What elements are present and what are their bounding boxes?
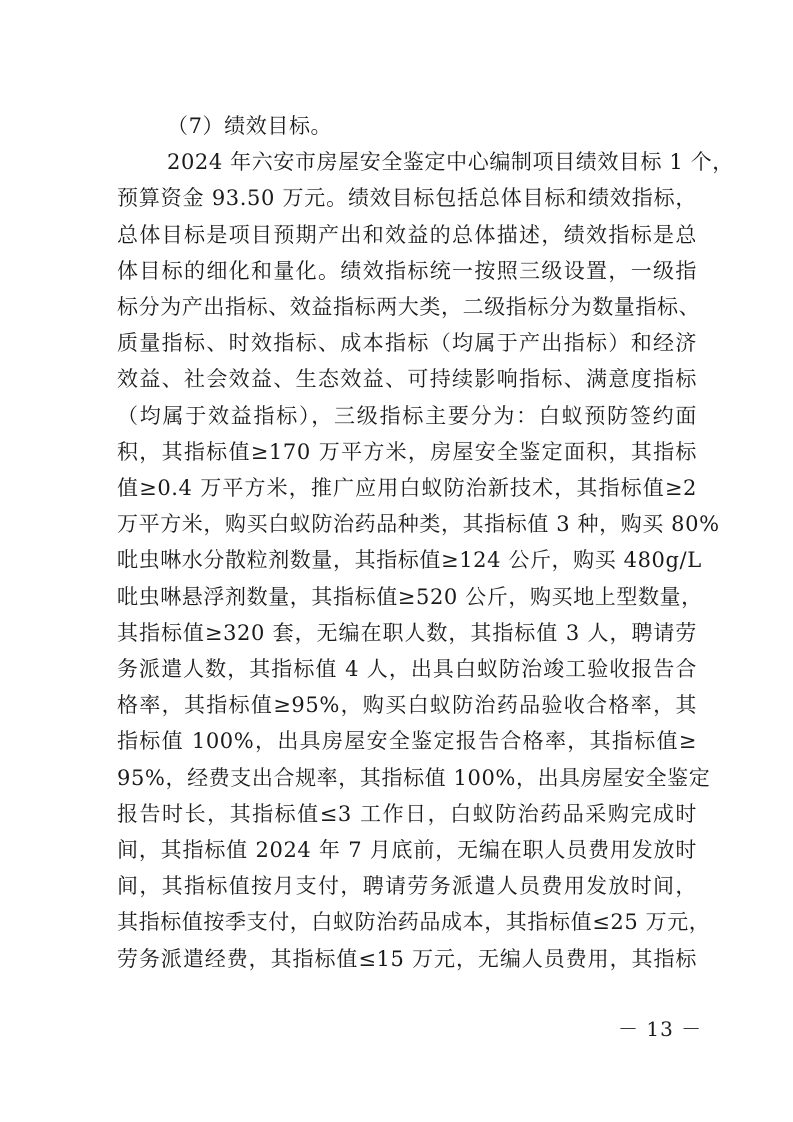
body-line: 报告时长，其指标值≤3 工作日，白蚁防治药品采购完成时	[117, 796, 697, 832]
page-number: － 13 －	[618, 1013, 702, 1042]
body-line: 95%，经费支出合规率，其指标值 100%，出具房屋安全鉴定	[117, 760, 697, 796]
body-line: 积，其指标值≥170 万平方米，房屋安全鉴定面积，其指标	[117, 434, 697, 470]
body-line: 指标值 100%，出具房屋安全鉴定报告合格率，其指标值≥	[117, 723, 697, 759]
body-line: 总体目标是项目预期产出和效益的总体描述，绩效指标是总	[117, 217, 697, 253]
body-line: 吡虫啉悬浮剂数量，其指标值≥520 公斤，购买地上型数量，	[117, 579, 697, 615]
body-line: 吡虫啉水分散粒剂数量，其指标值≥124 公斤，购买 480g/L	[117, 542, 697, 578]
body-line: 2024 年六安市房屋安全鉴定中心编制项目绩效目标 1 个，	[117, 144, 697, 180]
body-line: 其指标值≥320 套，无编在职人数，其指标值 3 人，聘请劳	[117, 615, 697, 651]
body-line: 万平方米，购买白蚁防治药品种类，其指标值 3 种，购买 80%	[117, 506, 697, 542]
document-page: （7）绩效目标。 2024 年六安市房屋安全鉴定中心编制项目绩效目标 1 个， …	[0, 0, 793, 1122]
body-line: 其指标值按季支付，白蚁防治药品成本，其指标值≤25 万元，	[117, 904, 697, 940]
body-line: 标分为产出指标、效益指标两大类，二级指标分为数量指标、	[117, 289, 697, 325]
section-heading: （7）绩效目标。	[117, 108, 697, 144]
body-line: 劳务派遣经费，其指标值≤15 万元，无编人员费用，其指标	[117, 941, 697, 977]
body-line: 质量指标、时效指标、成本指标（均属于产出指标）和经济	[117, 325, 697, 361]
body-line: （均属于效益指标），三级指标主要分为：白蚁预防签约面	[117, 398, 697, 434]
body-line: 效益、社会效益、生态效益、可持续影响指标、满意度指标	[117, 361, 697, 397]
body-line: 预算资金 93.50 万元。绩效目标包括总体目标和绩效指标，	[117, 180, 697, 216]
document-body: （7）绩效目标。 2024 年六安市房屋安全鉴定中心编制项目绩效目标 1 个， …	[117, 108, 697, 977]
body-line: 格率，其指标值≥95%，购买白蚁防治药品验收合格率，其	[117, 687, 697, 723]
body-line: 间，其指标值按月支付，聘请劳务派遣人员费用发放时间，	[117, 868, 697, 904]
body-line: 务派遣人数，其指标值 4 人，出具白蚁防治竣工验收报告合	[117, 651, 697, 687]
body-line: 值≥0.4 万平方米，推广应用白蚁防治新技术，其指标值≥2	[117, 470, 697, 506]
body-line: 体目标的细化和量化。绩效指标统一按照三级设置，一级指	[117, 253, 697, 289]
body-line: 间，其指标值 2024 年 7 月底前，无编在职人员费用发放时	[117, 832, 697, 868]
